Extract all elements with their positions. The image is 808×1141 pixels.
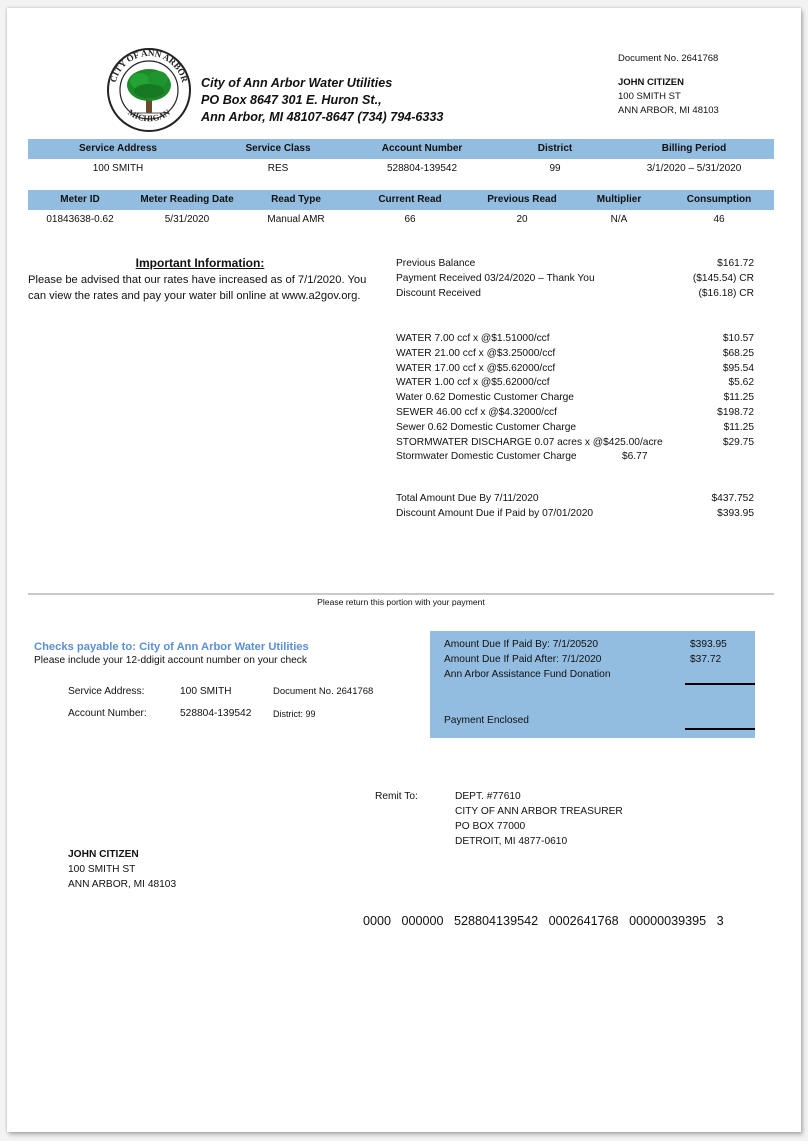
remit-line: DEPT. #77610: [455, 789, 623, 804]
balance-label: Discount Received: [396, 287, 481, 302]
service-address-value: 100 SMITH: [28, 159, 208, 179]
include-account-note: Please include your 12-ddigit account nu…: [34, 654, 307, 668]
consumption-value: 46: [664, 210, 774, 230]
charge-amount: $6.77: [622, 450, 648, 465]
balance-amount: ($145.54) CR: [693, 272, 754, 287]
charge-label: Sewer 0.62 Domestic Customer Charge: [396, 421, 576, 436]
stub-district: District: 99: [273, 707, 316, 721]
total-row: Total Amount Due By 7/11/2020$437.752: [396, 492, 754, 507]
total-label: Total Amount Due By 7/11/2020: [396, 492, 539, 507]
current-read-value: 66: [350, 210, 470, 230]
customer-street: 100 SMITH ST: [618, 90, 719, 104]
document-number: Document No. 2641768: [618, 52, 719, 66]
charges-list: WATER 7.00 ccf x @$1.51000/ccf$10.57 WAT…: [396, 332, 754, 465]
billing-period-value: 3/1/2020 – 5/31/2020: [614, 159, 774, 179]
customer-city: ANN ARBOR, MI 48103: [618, 104, 719, 118]
remit-to-label: Remit To:: [375, 789, 418, 804]
col-consumption: Consumption: [664, 190, 774, 210]
account-number-value: 528804-139542: [348, 159, 496, 179]
balance-amount: ($16.18) CR: [699, 287, 755, 302]
mail-name: JOHN CITIZEN: [68, 847, 176, 862]
charge-row: Water 0.62 Domestic Customer Charge$11.2…: [396, 391, 754, 406]
col-district: District: [496, 139, 614, 159]
company-po-box: PO Box 8647 301 E. Huron St.,: [201, 92, 443, 109]
charge-label: WATER 21.00 ccf x @$3.25000/ccf: [396, 347, 555, 362]
totals: Total Amount Due By 7/11/2020$437.752 Di…: [396, 492, 754, 522]
return-portion-note: Please return this portion with your pay…: [28, 596, 774, 608]
discount-total-row: Discount Amount Due if Paid by 07/01/202…: [396, 507, 754, 522]
balance-amount: $161.72: [717, 257, 754, 272]
mail-city: ANN ARBOR, MI 48103: [68, 877, 176, 892]
total-label: Discount Amount Due if Paid by 07/01/202…: [396, 507, 593, 522]
amount-due-by-value: $393.95: [690, 638, 727, 653]
stub-service-address-label: Service Address:: [68, 685, 144, 699]
balance-row: Payment Received 03/24/2020 – Thank You(…: [396, 272, 754, 287]
charge-amount: $10.57: [723, 332, 754, 347]
total-amount: $393.95: [717, 507, 754, 522]
customer-header-block: Document No. 2641768 JOHN CITIZEN 100 SM…: [618, 52, 719, 118]
charge-row: STORMWATER DISCHARGE 0.07 acres x @$425.…: [396, 436, 754, 451]
city-seal-tree-icon: CITY OF ANN ARBOR MICHIGAN: [104, 47, 194, 133]
city-seal-logo: CITY OF ANN ARBOR MICHIGAN: [104, 47, 194, 133]
charge-label: STORMWATER DISCHARGE 0.07 acres x @$425.…: [396, 436, 663, 451]
charge-row: WATER 21.00 ccf x @$3.25000/ccf$68.25: [396, 347, 754, 362]
charge-label: WATER 1.00 ccf x @$5.62000/ccf: [396, 376, 550, 391]
charge-amount: $95.54: [723, 362, 754, 377]
district-value: 99: [496, 159, 614, 179]
company-city-phone: Ann Arbor, MI 48107-8647 (734) 794-6333: [201, 109, 443, 126]
col-service-address: Service Address: [28, 139, 208, 159]
remit-line: PO BOX 77000: [455, 819, 623, 834]
balance-row: Previous Balance$161.72: [396, 257, 754, 272]
payment-amount-box: Amount Due If Paid By: 7/1/20520 $393.95…: [430, 631, 755, 738]
charge-amount: $5.62: [729, 376, 755, 391]
important-info-title: Important Information:: [28, 256, 372, 270]
col-meter-id: Meter ID: [28, 190, 132, 210]
multiplier-value: N/A: [574, 210, 664, 230]
charge-amount: $11.25: [724, 391, 754, 406]
balance-label: Payment Received 03/24/2020 – Thank You: [396, 272, 595, 287]
checks-payable-to: Checks payable to: City of Ann Arbor Wat…: [34, 640, 309, 654]
charge-row: WATER 7.00 ccf x @$1.51000/ccf$10.57: [396, 332, 754, 347]
charge-label: WATER 7.00 ccf x @$1.51000/ccf: [396, 332, 550, 347]
charge-row: WATER 17.00 ccf x @$5.62000/ccf$95.54: [396, 362, 754, 377]
stub-account-number-label: Account Number:: [68, 707, 147, 721]
charge-row: SEWER 46.00 ccf x @$4.32000/ccf$198.72: [396, 406, 754, 421]
payment-enclosed-label: Payment Enclosed: [444, 714, 529, 729]
amount-due-after-value: $37.72: [690, 653, 721, 668]
charge-label: SEWER 46.00 ccf x @$4.32000/ccf: [396, 406, 557, 421]
stormwater-customer-charge-row: Stormwater Domestic Customer Charge $6.7…: [396, 450, 754, 465]
tear-off-divider: [28, 593, 774, 595]
service-table-row: 100 SMITH RES 528804-139542 99 3/1/2020 …: [28, 159, 774, 179]
charge-amount: $198.72: [717, 406, 754, 421]
read-type-value: Manual AMR: [242, 210, 350, 230]
service-class-value: RES: [208, 159, 348, 179]
meter-table-header: Meter ID Meter Reading Date Read Type Cu…: [28, 190, 774, 210]
mailing-address: JOHN CITIZEN 100 SMITH ST ANN ARBOR, MI …: [68, 847, 176, 892]
company-name: City of Ann Arbor Water Utilities: [201, 75, 443, 92]
meter-reading-date-value: 5/31/2020: [132, 210, 242, 230]
payment-enclosed-field[interactable]: [685, 728, 755, 730]
col-service-class: Service Class: [208, 139, 348, 159]
meter-id-value: 01843638-0.62: [28, 210, 132, 230]
customer-name: JOHN CITIZEN: [618, 76, 719, 90]
col-meter-reading-date: Meter Reading Date: [132, 190, 242, 210]
donation-label: Ann Arbor Assistance Fund Donation: [444, 668, 611, 683]
stub-account-number-value: 528804-139542: [180, 707, 251, 721]
utility-company-address: City of Ann Arbor Water Utilities PO Box…: [201, 75, 443, 126]
remit-line: CITY OF ANN ARBOR TREASURER: [455, 804, 623, 819]
stub-document-number: Document No. 2641768: [273, 685, 373, 699]
amount-due-by-label: Amount Due If Paid By: 7/1/20520: [444, 638, 598, 653]
col-previous-read: Previous Read: [470, 190, 574, 210]
amount-due-after-label: Amount Due If Paid After: 7/1/2020: [444, 653, 601, 668]
charge-label: Water 0.62 Domestic Customer Charge: [396, 391, 574, 406]
balance-row: Discount Received($16.18) CR: [396, 287, 754, 302]
donation-amount-field[interactable]: [685, 683, 755, 685]
balance-summary: Previous Balance$161.72 Payment Received…: [396, 257, 754, 301]
charge-label: WATER 17.00 ccf x @$5.62000/ccf: [396, 362, 555, 377]
previous-read-value: 20: [470, 210, 574, 230]
important-info-body: Please be advised that our rates have in…: [28, 272, 378, 304]
remit-line: DETROIT, MI 4877-0610: [455, 834, 623, 849]
mail-street: 100 SMITH ST: [68, 862, 176, 877]
service-table-header: Service Address Service Class Account Nu…: [28, 139, 774, 159]
charge-row: WATER 1.00 ccf x @$5.62000/ccf$5.62: [396, 376, 754, 391]
col-multiplier: Multiplier: [574, 190, 664, 210]
charge-amount: $29.75: [723, 436, 754, 451]
col-current-read: Current Read: [350, 190, 470, 210]
charge-label: Stormwater Domestic Customer Charge: [396, 450, 622, 465]
meter-table-row: 01843638-0.62 5/31/2020 Manual AMR 66 20…: [28, 210, 774, 230]
charge-row: Sewer 0.62 Domestic Customer Charge$11.2…: [396, 421, 754, 436]
charge-amount: $68.25: [723, 347, 754, 362]
balance-label: Previous Balance: [396, 257, 475, 272]
total-amount: $437.752: [712, 492, 755, 507]
charge-amount: $11.25: [724, 421, 754, 436]
payment-scanline: 0000 000000 528804139542 0002641768 0000…: [363, 913, 724, 929]
remit-to-address: DEPT. #77610 CITY OF ANN ARBOR TREASURER…: [455, 789, 623, 849]
col-account-number: Account Number: [348, 139, 496, 159]
col-read-type: Read Type: [242, 190, 350, 210]
stub-service-address-value: 100 SMITH: [180, 685, 232, 699]
col-billing-period: Billing Period: [614, 139, 774, 159]
